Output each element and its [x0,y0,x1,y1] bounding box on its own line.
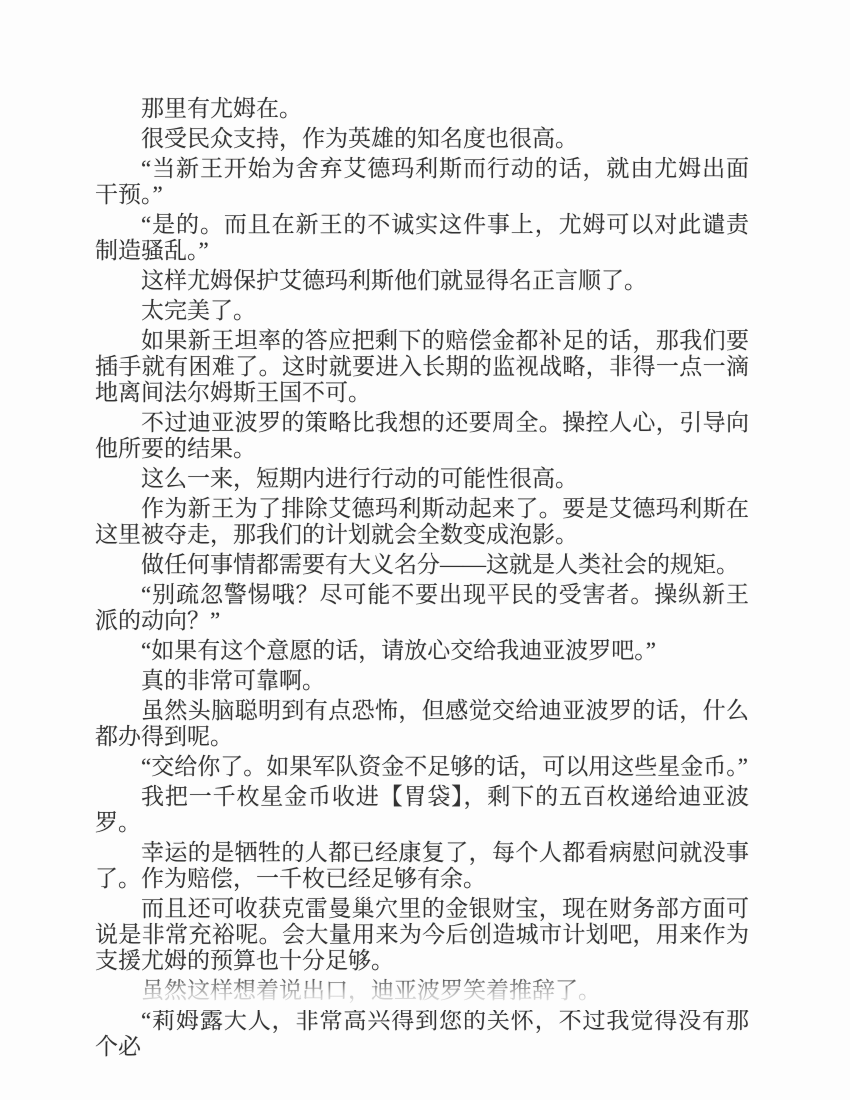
paragraph: 太完美了。 [95,298,749,324]
paragraph: “别疏忽警惕哦？尽可能不要出现平民的受害者。操纵新王派的动向？” [95,582,749,634]
paragraph: 这样尤姆保护艾德玛利斯他们就显得名正言顺了。 [95,268,749,294]
paragraph: “如果有这个意愿的话，请放心交给我迪亚波罗吧。” [95,638,749,664]
paragraph: 那里有尤姆在。 [95,96,749,122]
paragraph: 如果新王坦率的答应把剩下的赔偿金都补足的话，那我们要插手就有困难了。这时就要进入… [95,328,749,406]
paragraph: 这么一来，短期内进行行动的可能性很高。 [95,466,749,492]
novel-text-block: 那里有尤姆在。很受民众支持，作为英雄的知名度也很高。“当新王开始为舍弃艾德玛利斯… [95,96,749,1060]
paragraph: 虽然这样想着说出口，迪亚波罗笑着推辞了。 [95,978,749,1004]
paragraph: 作为新王为了排除艾德玛利斯动起来了。要是艾德玛利斯在这里被夺走，那我们的计划就会… [95,496,749,548]
paragraph: “是的。而且在新王的不诚实这件事上，尤姆可以对此谴责制造骚乱。” [95,212,749,264]
paragraph: “当新王开始为舍弃艾德玛利斯而行动的话，就由尤姆出面干预。” [95,156,749,208]
paragraph: “莉姆露大人，非常高兴得到您的关怀，不过我觉得没有那个必 [95,1008,749,1060]
paragraph: 我把一千枚星金币收进【胃袋】，剩下的五百枚递给迪亚波罗。 [95,784,749,836]
paragraph: 虽然头脑聪明到有点恐怖，但感觉交给迪亚波罗的话，什么都办得到呢。 [95,698,749,750]
paragraph: 幸运的是牺牲的人都已经康复了，每个人都看病慰问就没事了。作为赔偿，一千枚已经足够… [95,840,749,892]
paragraph: 真的非常可靠啊。 [95,668,749,694]
paragraph: “交给你了。如果军队资金不足够的话，可以用这些星金币。” [95,754,749,780]
paragraph: 很受民众支持，作为英雄的知名度也很高。 [95,126,749,152]
paragraph: 做任何事情都需要有大义名分——这就是人类社会的规矩。 [95,552,749,578]
paragraph: 而且还可收获克雷曼巢穴里的金银财宝，现在财务部方面可说是非常充裕呢。会大量用来为… [95,896,749,974]
paragraph: 不过迪亚波罗的策略比我想的还要周全。操控人心，引导向他所要的结果。 [95,410,749,462]
reader-page: 那里有尤姆在。很受民众支持，作为英雄的知名度也很高。“当新王开始为舍弃艾德玛利斯… [0,0,850,1100]
